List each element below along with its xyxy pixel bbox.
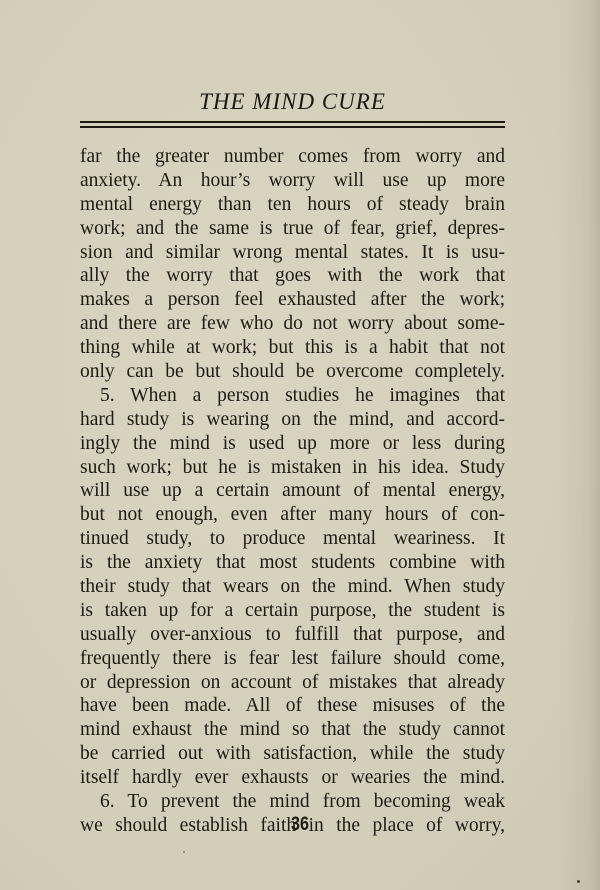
running-head-title: THE MIND CURE — [80, 88, 505, 116]
text-line: only can be but should be overcome compl… — [80, 360, 505, 384]
text-line: is taken up for a certain purpose, the s… — [80, 599, 505, 623]
text-line: their study that wears on the mind. When… — [80, 575, 505, 599]
text-line: but not enough, even after many hours of… — [80, 503, 505, 527]
text-line: anxiety. An hour’s worry will use up mor… — [80, 169, 505, 193]
body-text: far the greater number comes from worry … — [80, 145, 505, 838]
text-line: usually over-anxious to fulfill that pur… — [80, 623, 505, 647]
header-rule-thick — [80, 121, 505, 123]
text-line: work; and the same is true of fear, grie… — [80, 217, 505, 241]
text-line: be carried out with satisfaction, while … — [80, 742, 505, 766]
text-line: ingly the mind is used up more or less d… — [80, 432, 505, 456]
paper-speck — [183, 851, 185, 853]
paper-speck — [577, 880, 580, 883]
text-line: is the anxiety that most students combin… — [80, 551, 505, 575]
text-line: frequently there is fear lest failure sh… — [80, 647, 505, 671]
paragraph-5-start: 5. When a person studies he imagines tha… — [80, 384, 505, 408]
text-line: mind exhaust the mind so that the study … — [80, 718, 505, 742]
header-rule-thin — [80, 126, 505, 128]
text-line: ally the worry that goes with the work t… — [80, 264, 505, 288]
text-line: will use up a certain amount of mental e… — [80, 479, 505, 503]
text-line: itself hardly ever exhausts or wearies t… — [80, 766, 505, 790]
text-line: and there are few who do not worry about… — [80, 312, 505, 336]
text-line: have been made. All of these misuses of … — [80, 694, 505, 718]
text-line: makes a person feel exhausted after the … — [80, 288, 505, 312]
page-number: 36 — [45, 814, 555, 836]
text-line: mental energy than ten hours of steady b… — [80, 193, 505, 217]
text-line: sion and similar wrong mental states. It… — [80, 241, 505, 265]
paragraph-6-start: 6. To prevent the mind from becoming wea… — [80, 790, 505, 814]
text-line: hard study is wearing on the mind, and a… — [80, 408, 505, 432]
text-line: tinued study, to produce mental wearines… — [80, 527, 505, 551]
text-line: such work; but he is mistaken in his ide… — [80, 456, 505, 480]
book-page: THE MIND CURE far the greater number com… — [0, 0, 600, 890]
text-line: thing while at work; but this is a habit… — [80, 336, 505, 360]
text-line: or depression on account of mistakes tha… — [80, 671, 505, 695]
text-line: far the greater number comes from worry … — [80, 145, 505, 169]
